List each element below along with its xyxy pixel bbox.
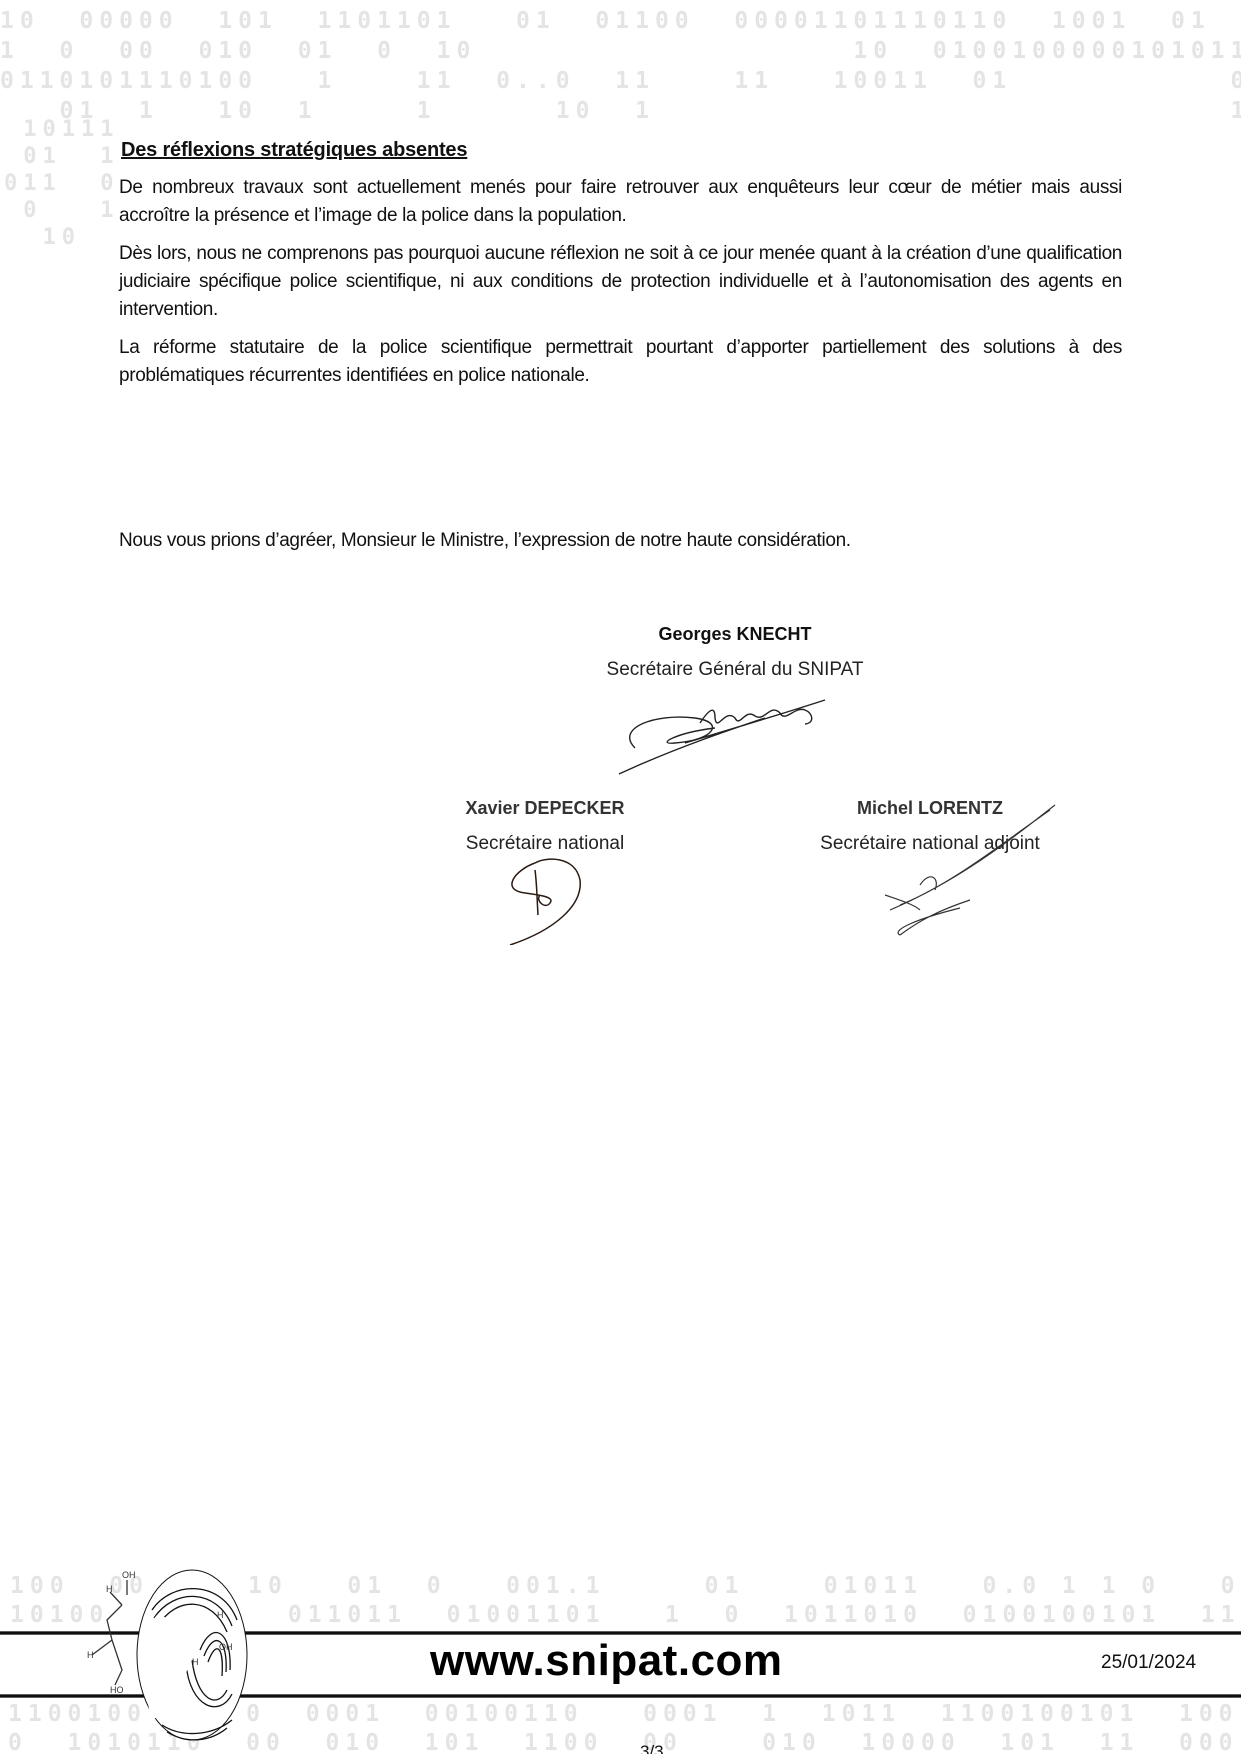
logo-label: HO: [110, 1685, 124, 1695]
closing-formula: Nous vous prions d’agréer, Monsieur le M…: [119, 530, 851, 552]
footer-date: 25/01/2024: [1101, 1652, 1196, 1674]
logo-label: OH: [219, 1642, 233, 1652]
logo-label: H: [217, 1610, 224, 1620]
logo-label: H: [106, 1584, 113, 1594]
logo-label: H: [87, 1650, 94, 1660]
signatory-left: Xavier DEPECKER Secrétaire national: [420, 794, 670, 858]
signatory-name: Georges KNECHT: [580, 620, 890, 648]
handwritten-signature-main: [615, 688, 845, 778]
logo-label: H: [192, 1657, 199, 1667]
handwritten-signature-right: [860, 800, 1060, 940]
signatory-main: Georges KNECHT Secrétaire Général du SNI…: [580, 620, 890, 684]
logo-label: OH: [122, 1570, 136, 1580]
handwritten-signature-left: [505, 855, 585, 945]
footer-website-link[interactable]: www.snipat.com: [430, 1636, 783, 1686]
signatory-role: Secrétaire national: [420, 830, 670, 858]
signatory-role: Secrétaire Général du SNIPAT: [580, 656, 890, 684]
snipat-fingerprint-logo-icon: OH H H OH H H HO: [82, 1560, 262, 1750]
section-title: Des réflexions stratégiques absentes: [121, 136, 1122, 164]
letter-body: Des réflexions stratégiques absentes De …: [119, 136, 1122, 400]
paragraph: Dès lors, nous ne comprenons pas pourquo…: [119, 240, 1122, 324]
signatory-name: Xavier DEPECKER: [420, 794, 670, 822]
binary-watermark-left: 10111 01 1 011 0 0 1 10: [4, 116, 119, 251]
page-number: 3/3: [640, 1742, 664, 1754]
paragraph: De nombreux travaux sont actuellement me…: [119, 174, 1122, 230]
binary-watermark-top: 10 00000 101 1101101 01 01100 0000110111…: [0, 6, 1241, 126]
paragraph: La réforme statutaire de la police scien…: [119, 334, 1122, 390]
